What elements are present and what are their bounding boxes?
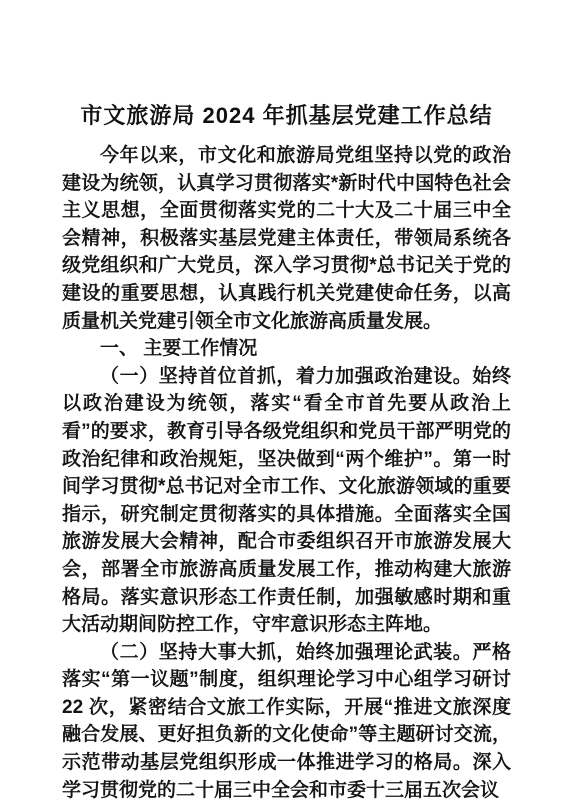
paragraph-1-lead: （一）坚持首位首抓，着力加强政治建设。 [100,366,472,387]
document-content: 市文旅游局 2024 年抓基层党建工作总结 今年以来，市文化和旅游局党组坚持以党… [0,0,570,804]
paragraph-1-text: 始终以政治建设为统领，落实“看全市首先要从政治上看”的要求，教育引导各级党组织和… [62,366,511,635]
paragraph-1: （一）坚持首位首抓，着力加强政治建设。始终以政治建设为统领，落实“看全市首先要从… [62,363,511,639]
document-title: 市文旅游局 2024 年抓基层党建工作总结 [62,0,511,131]
document-body: 今年以来，市文化和旅游局党组坚持以党的政治建设为统领，认真学习贯彻落实*新时代中… [62,142,511,804]
paragraph-2-text: 严格落实“第一议题”制度，组织理论学习中心组学习研讨 22 次，紧密结合文旅工作… [62,642,511,801]
intro-paragraph: 今年以来，市文化和旅游局党组坚持以党的政治建设为统领，认真学习贯彻落实*新时代中… [62,142,511,335]
section-heading-1: 一、 主要工作情况 [62,335,511,363]
document-page: 市文旅游局 2024 年抓基层党建工作总结 今年以来，市文化和旅游局党组坚持以党… [0,0,570,807]
paragraph-2-lead: （二）坚持大事大抓，始终加强理论武装。 [100,642,472,663]
paragraph-2: （二）坚持大事大抓，始终加强理论武装。严格落实“第一议题”制度，组织理论学习中心… [62,639,511,805]
